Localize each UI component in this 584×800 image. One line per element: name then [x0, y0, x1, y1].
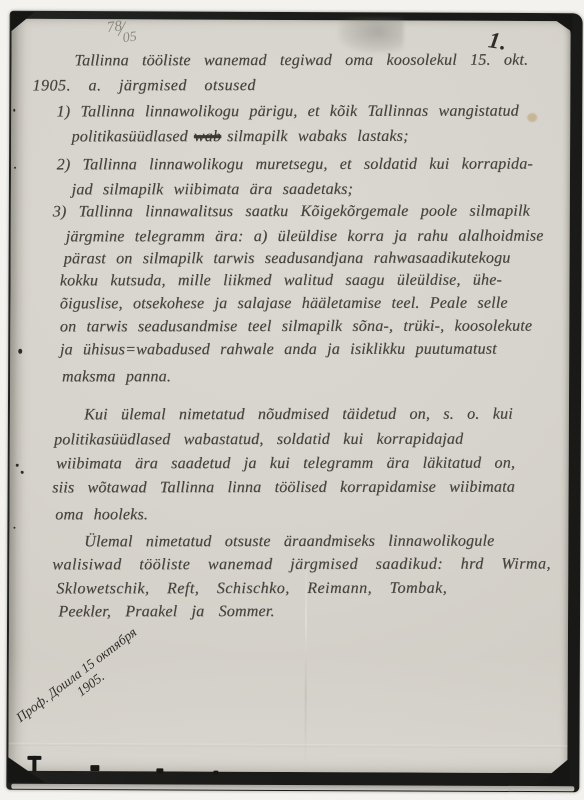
manuscript-line: siis wõtawad Tallinna linna töölised kor…	[52, 480, 515, 497]
manuscript-line: Tallinna tööliste wanemad tegiwad oma ko…	[74, 53, 528, 70]
manuscript-line: 2) Tallinna linnawolikogu muretsegu, et …	[57, 157, 533, 174]
manuscript-line: maksma panna.	[62, 369, 171, 385]
manuscript-line: Sklowetschik, Reft, Schischko, Reimann, …	[56, 581, 447, 598]
manuscript-line: Peekler, Praakel ja Sommer.	[58, 604, 274, 620]
received-note-year: 1905.	[23, 637, 150, 739]
received-note-line1: Проф. Дошла 15 октября	[13, 624, 140, 726]
manuscript-line: oma hooleks.	[55, 507, 148, 523]
manuscript-line: järgmine telegramm ära: a) üleüldise kor…	[66, 229, 544, 246]
manuscript-paper: 78⁄05 1. Tallinna tööliste wanemad tegiw…	[8, 19, 570, 773]
manuscript-line: wiibimata ära saadetud ja kui telegramm …	[56, 456, 515, 473]
bottom-mark	[156, 768, 163, 773]
photo-frame: 78⁄05 1. Tallinna tööliste wanemad tegiw…	[6, 11, 582, 792]
handwritten-text: 78⁄05 1. Tallinna tööliste wanemad tegiw…	[9, 19, 569, 772]
manuscript-line: 3) Tallinna linnawalitsus saatku Kõigekõ…	[53, 204, 530, 221]
manuscript-line: Ülemal nimetatud otsuste äraandmiseks li…	[84, 534, 494, 551]
line-text: silmapilk wabaks lastaks;	[227, 128, 408, 145]
bottom-mark	[90, 765, 99, 771]
archival-number-numerator: 78	[106, 18, 123, 37]
manuscript-line: 1) Tallinna linnawolikogu pärigu, et kõi…	[57, 104, 519, 121]
manuscript-line: Kui ülemal nimetatud nõudmised täidetud …	[84, 407, 513, 424]
scanned-document-page: 78⁄05 1. Tallinna tööliste wanemad tegiw…	[0, 0, 584, 800]
manuscript-line: walisiwad tööliste wanemad järgmised saa…	[52, 557, 551, 574]
manuscript-line: on tarwis seadusandmise teel silmapilk s…	[60, 319, 532, 336]
archival-number-denominator: 05	[122, 30, 138, 48]
manuscript-line: kokku kutsuda, mille liikmed walitud saa…	[60, 273, 502, 290]
archival-number: 78⁄05	[106, 17, 137, 43]
manuscript-line: pärast on silmapilk tarwis seadusandjana…	[64, 251, 511, 268]
manuscript-line: politikasüüdlasedwabsilmapilk wabaks las…	[72, 129, 409, 146]
manuscript-line: jad silmapilk wiibimata ära saadetaks;	[72, 182, 353, 198]
photo-bottom-edge	[11, 784, 574, 791]
manuscript-line: ja ühisus=wabadused rahwale anda ja isik…	[60, 342, 497, 359]
manuscript-line: politikasüüdlased wabastatud, soldatid k…	[54, 432, 463, 449]
line-text: politikasüüdlased	[72, 128, 188, 145]
bottom-mark	[213, 771, 218, 775]
manuscript-line: 1905. a. järgmised otsused	[32, 78, 255, 94]
manuscript-line: õiguslise, otsekohese ja salajase häälet…	[60, 296, 508, 313]
struck-word: wab	[194, 128, 221, 145]
received-note: Проф. Дошла 15 октября 1905.	[13, 624, 150, 738]
bottom-mark	[27, 756, 41, 760]
